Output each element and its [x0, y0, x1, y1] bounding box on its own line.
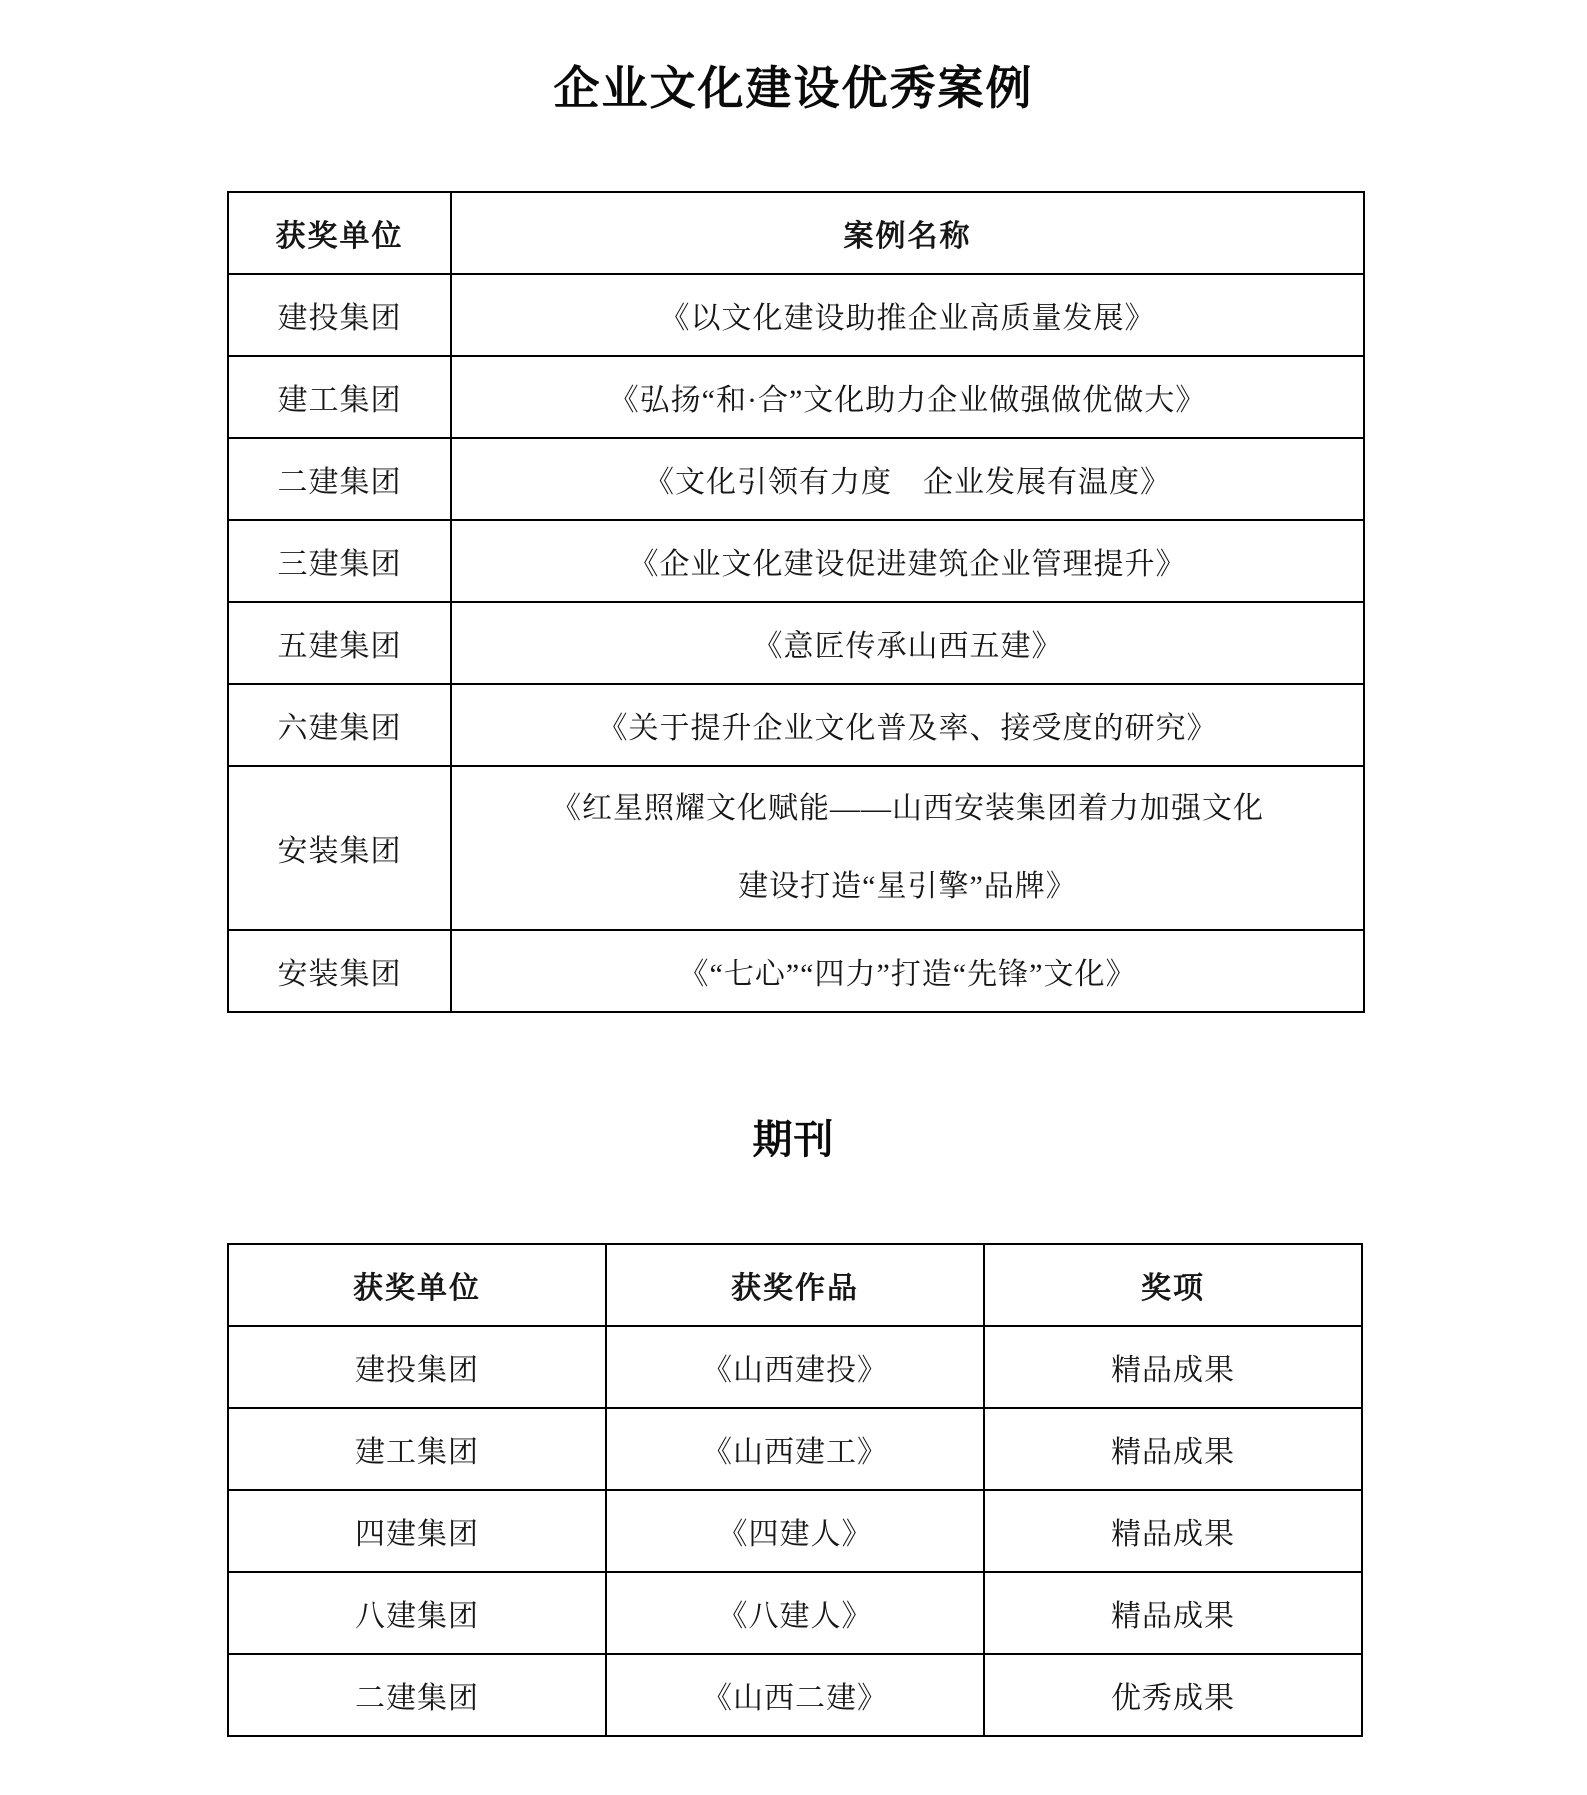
work-cell: 《八建人》: [606, 1572, 984, 1654]
case-cell: 《“七心”“四力”打造“先锋”文化》: [451, 930, 1364, 1012]
unit-cell: 建工集团: [228, 1408, 606, 1490]
unit-cell: 安装集团: [228, 930, 451, 1012]
page-title: 企业文化建设优秀案例: [0, 52, 1587, 118]
table-row: 建工集团 《弘扬“和·合”文化助力企业做强做优做大》: [228, 356, 1364, 438]
award-cell: 精品成果: [984, 1490, 1362, 1572]
case-cell: 《意匠传承山西五建》: [451, 602, 1364, 684]
table-row: 八建集团 《八建人》 精品成果: [228, 1572, 1362, 1654]
award-cell: 精品成果: [984, 1326, 1362, 1408]
award-cell: 精品成果: [984, 1408, 1362, 1490]
unit-cell: 建投集团: [228, 274, 451, 356]
work-cell: 《山西建投》: [606, 1326, 984, 1408]
unit-cell: 五建集团: [228, 602, 451, 684]
unit-cell: 建投集团: [228, 1326, 606, 1408]
case-cell: 《以文化建设助推企业高质量发展》: [451, 274, 1364, 356]
table-row: 建投集团 《山西建投》 精品成果: [228, 1326, 1362, 1408]
header-award: 奖项: [984, 1244, 1362, 1326]
unit-cell: 二建集团: [228, 438, 451, 520]
unit-cell: 四建集团: [228, 1490, 606, 1572]
table-row: 四建集团 《四建人》 精品成果: [228, 1490, 1362, 1572]
cases-table: 获奖单位 案例名称 建投集团 《以文化建设助推企业高质量发展》 建工集团 《弘扬…: [227, 191, 1365, 1013]
table-header-row: 获奖单位 获奖作品 奖项: [228, 1244, 1362, 1326]
table-row: 安装集团 《“七心”“四力”打造“先锋”文化》: [228, 930, 1364, 1012]
table-row: 三建集团 《企业文化建设促进建筑企业管理提升》: [228, 520, 1364, 602]
case-cell: 《关于提升企业文化普及率、接受度的研究》: [451, 684, 1364, 766]
unit-cell: 建工集团: [228, 356, 451, 438]
header-work: 获奖作品: [606, 1244, 984, 1326]
unit-cell: 安装集团: [228, 766, 451, 930]
unit-cell: 八建集团: [228, 1572, 606, 1654]
case-cell: 《企业文化建设促进建筑企业管理提升》: [451, 520, 1364, 602]
case-cell: 《弘扬“和·合”文化助力企业做强做优做大》: [451, 356, 1364, 438]
table-row: 六建集团 《关于提升企业文化普及率、接受度的研究》: [228, 684, 1364, 766]
case-line-2: 建设打造“星引擎”品牌》: [452, 848, 1363, 926]
table-row: 二建集团 《山西二建》 优秀成果: [228, 1654, 1362, 1736]
periodicals-table: 获奖单位 获奖作品 奖项 建投集团 《山西建投》 精品成果 建工集团 《山西建工…: [227, 1243, 1363, 1737]
award-cell: 优秀成果: [984, 1654, 1362, 1736]
header-unit: 获奖单位: [228, 1244, 606, 1326]
work-cell: 《山西建工》: [606, 1408, 984, 1490]
section-title-periodicals: 期刊: [0, 1108, 1587, 1165]
case-cell: 《红星照耀文化赋能——山西安装集团着力加强文化 建设打造“星引擎”品牌》: [451, 766, 1364, 930]
case-cell: 《文化引领有力度 企业发展有温度》: [451, 438, 1364, 520]
unit-cell: 三建集团: [228, 520, 451, 602]
header-case: 案例名称: [451, 192, 1364, 274]
header-unit: 获奖单位: [228, 192, 451, 274]
case-line-1: 《红星照耀文化赋能——山西安装集团着力加强文化: [452, 770, 1363, 848]
work-cell: 《四建人》: [606, 1490, 984, 1572]
table-row: 安装集团 《红星照耀文化赋能——山西安装集团着力加强文化 建设打造“星引擎”品牌…: [228, 766, 1364, 930]
table-row: 建工集团 《山西建工》 精品成果: [228, 1408, 1362, 1490]
unit-cell: 二建集团: [228, 1654, 606, 1736]
table-row: 二建集团 《文化引领有力度 企业发展有温度》: [228, 438, 1364, 520]
table-row: 五建集团 《意匠传承山西五建》: [228, 602, 1364, 684]
work-cell: 《山西二建》: [606, 1654, 984, 1736]
document-page: 企业文化建设优秀案例 获奖单位 案例名称 建投集团 《以文化建设助推企业高质量发…: [0, 0, 1587, 1795]
table-header-row: 获奖单位 案例名称: [228, 192, 1364, 274]
unit-cell: 六建集团: [228, 684, 451, 766]
table-row: 建投集团 《以文化建设助推企业高质量发展》: [228, 274, 1364, 356]
award-cell: 精品成果: [984, 1572, 1362, 1654]
